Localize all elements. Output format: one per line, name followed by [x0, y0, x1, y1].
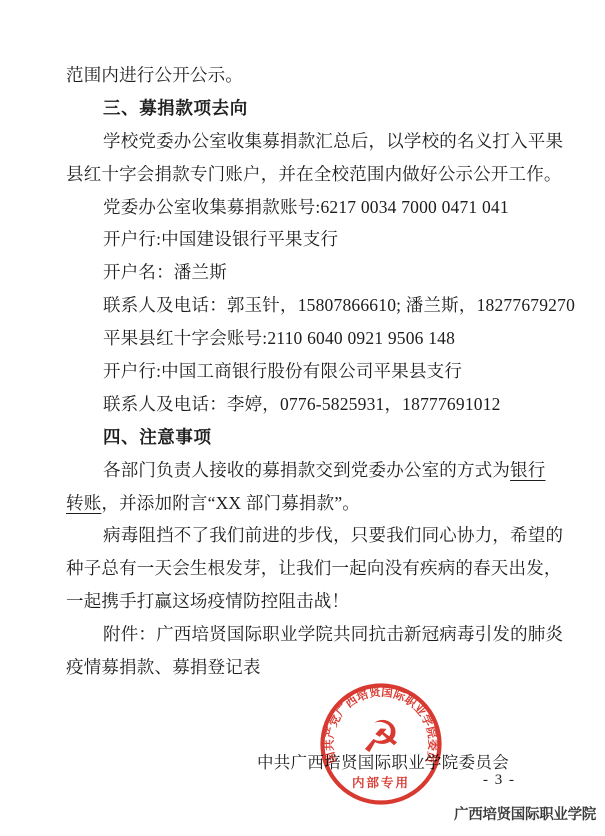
line-text: 种子总有一天会生根发芽，让我们一起向没有疾病的春天出发， — [66, 558, 562, 578]
line-text: ，并添加附言“XX 部门募捐款”。 — [101, 493, 360, 513]
line-text: 疫情募捐款、募捐登记表 — [66, 657, 261, 677]
document-page: 范围内进行公开公示。三、募捐款项去向学校党委办公室收集募捐款汇总后，以学校的名义… — [0, 0, 605, 836]
document-line: 县红十字会捐款专门账户，并在全校范围内做好公示公开工作。 — [66, 158, 546, 191]
line-text: 县红十字会捐款专门账户，并在全校范围内做好公示公开工作。 — [66, 164, 562, 184]
line-text: 联系人及电话：李婷，0776-5825931，18777691012 — [103, 394, 501, 414]
line-text: 附件：广西培贤国际职业学院共同抗击新冠病毒引发的肺炎 — [103, 624, 563, 644]
line-text: 开户名：潘兰斯 — [103, 262, 227, 282]
line-text: 联系人及电话：郭玉针，15807866610; 潘兰斯，18277679270 — [103, 295, 575, 315]
document-line: 范围内进行公开公示。 — [66, 59, 546, 92]
document-line: 平果县红十字会账号:2110 6040 0921 9506 148 — [66, 322, 546, 355]
document-line: 附件：广西培贤国际职业学院共同抗击新冠病毒引发的肺炎 — [66, 618, 546, 651]
line-text: 平果县红十字会账号:2110 6040 0921 9506 148 — [103, 328, 455, 348]
document-line: 病毒阻挡不了我们前进的步伐，只要我们同心协力，希望的 — [66, 519, 546, 552]
document-line: 党委办公室收集募捐款账号:6217 0034 7000 0471 041 — [66, 191, 546, 224]
official-stamp: 中国共产党广西培贤国际职业学院委员会 ☭ 内部专用 — [317, 680, 445, 808]
hammer-sickle-icon: ☭ — [361, 712, 400, 763]
document-line: 联系人及电话：郭玉针，15807866610; 潘兰斯，18277679270 — [66, 289, 546, 322]
document-line: 开户行:中国工商银行股份有限公司平果县支行 — [66, 355, 546, 388]
corner-watermark: 广西培贤国际职业学院 — [454, 803, 596, 824]
line-text: 三、募捐款项去向 — [103, 98, 248, 118]
document-lines: 范围内进行公开公示。三、募捐款项去向学校党委办公室收集募捐款汇总后，以学校的名义… — [66, 59, 546, 684]
line-text: 开户行:中国工商银行股份有限公司平果县支行 — [103, 361, 462, 381]
document-line: 联系人及电话：李婷，0776-5825931，18777691012 — [66, 388, 546, 421]
section-heading: 四、注意事项 — [66, 421, 546, 454]
line-text: 学校党委办公室收集募捐款汇总后，以学校的名义打入平果 — [103, 131, 563, 151]
document-line: 开户行:中国建设银行平果支行 — [66, 223, 546, 256]
document-line: 学校党委办公室收集募捐款汇总后，以学校的名义打入平果 — [66, 125, 546, 158]
document-line: 各部门负责人接收的募捐款交到党委办公室的方式为银行 — [66, 454, 546, 487]
line-text: 各部门负责人接收的募捐款交到党委办公室的方式为 — [103, 460, 510, 480]
stamp-bottom-text: 内部专用 — [352, 775, 410, 790]
line-text: 病毒阻挡不了我们前进的步伐，只要我们同心协力，希望的 — [103, 525, 563, 545]
document-line: 转账，并添加附言“XX 部门募捐款”。 — [66, 487, 546, 520]
line-text: 范围内进行公开公示。 — [66, 65, 243, 85]
underlined-text: 转账 — [66, 493, 101, 513]
page-number-label: - 3 - — [483, 772, 516, 789]
document-line: 种子总有一天会生根发芽，让我们一起向没有疾病的春天出发， — [66, 552, 546, 585]
underlined-text: 银行 — [510, 460, 545, 480]
document-line: 开户名：潘兰斯 — [66, 256, 546, 289]
line-text: 四、注意事项 — [103, 427, 212, 447]
line-text: 党委办公室收集募捐款账号:6217 0034 7000 0471 041 — [103, 197, 509, 217]
document-line: 疫情募捐款、募捐登记表 — [66, 651, 546, 684]
document-line: 一起携手打赢这场疫情防控阻击战！ — [66, 585, 546, 618]
line-text: 一起携手打赢这场疫情防控阻击战！ — [66, 591, 349, 611]
line-text: 开户行:中国建设银行平果支行 — [103, 229, 338, 249]
section-heading: 三、募捐款项去向 — [66, 92, 546, 125]
